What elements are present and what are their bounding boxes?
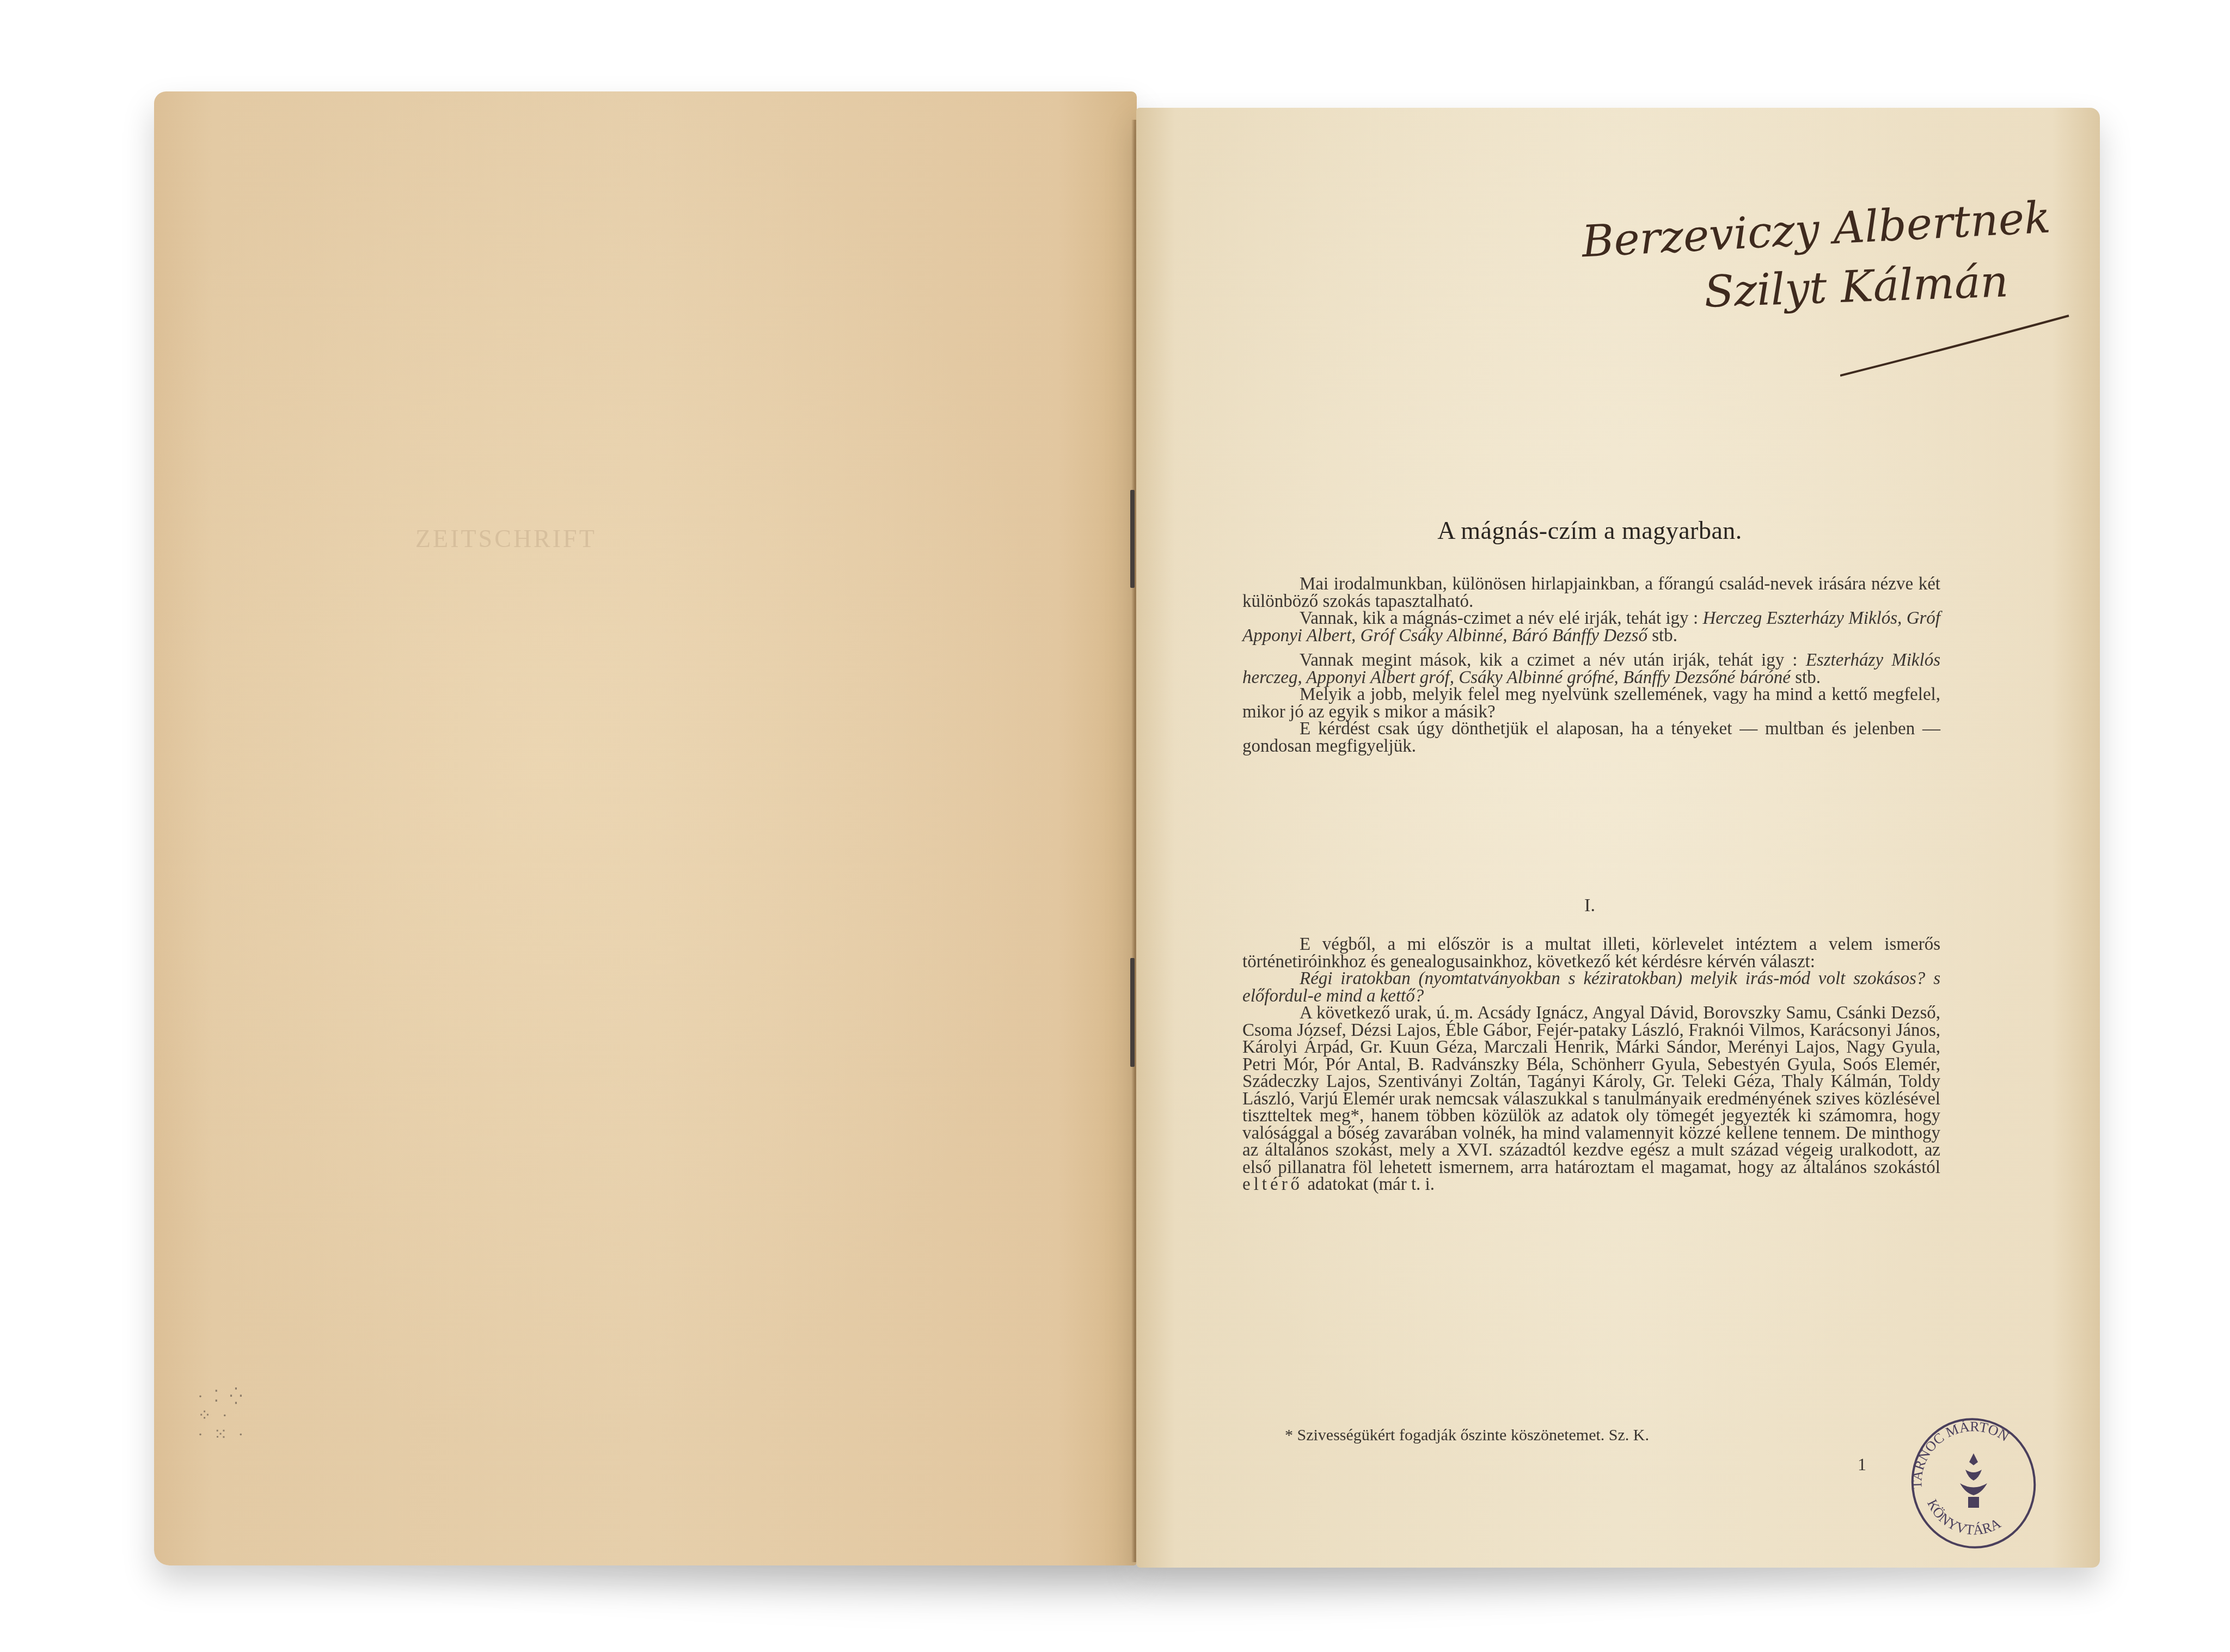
paragraph: Melyik a jobb, melyik felel meg nyelvünk… [1242,686,1940,721]
article-title: A mágnás-czím a magyarban. [1236,516,1944,545]
footnote: * Szivességükért fogadják őszinte köszön… [1285,1426,1649,1445]
paragraph: E kérdést csak úgy dönthetjük el alaposa… [1242,721,1940,755]
intro-text-block: Mai irodalmunkban, különösen hirlapjaink… [1242,576,1940,755]
staple-bottom [1130,958,1135,1067]
stamp-top-text: TARNÓC MÁRTON [1909,1418,2012,1489]
paragraph: A következő urak, ú. m. Acsády Ignácz, A… [1242,1005,1940,1194]
section-text-block: E végből, a mi először is a multat illet… [1242,936,1940,1194]
paragraph: Vannak megint mások, kik a czimet a név … [1242,652,1940,686]
foxing-marks: · ⁚ ⁛⁘ ·· ⁙ · [198,1387,247,1444]
page-number: 1 [1858,1454,1866,1475]
section-number: I. [1236,895,1944,916]
left-page: ZEITSCHRIFT · ⁚ ⁛⁘ ·· ⁙ · [154,91,1137,1565]
paragraph: E végből, a mi először is a multat illet… [1242,936,1940,971]
staple-top [1130,490,1135,588]
svg-text:TARNÓC MÁRTON: TARNÓC MÁRTON [1909,1418,2012,1489]
signature-flourish-icon [1840,310,2080,381]
paragraph: Régi iratokban (nyomtatványokban s kézir… [1242,971,1940,1005]
handwritten-signature: Szilyt Kálmán [1704,256,2010,317]
library-stamp-icon: TARNÓC MÁRTON KÖNYVTÁRA [1906,1415,2042,1551]
show-through-text: ZEITSCHRIFT [415,524,597,553]
paragraph: Vannak, kik a mágnás-czimet a név elé ir… [1242,610,1940,644]
stamp-emblem-icon [1960,1453,1987,1508]
paragraph: Mai irodalmunkban, különösen hirlapjaink… [1242,576,1940,610]
